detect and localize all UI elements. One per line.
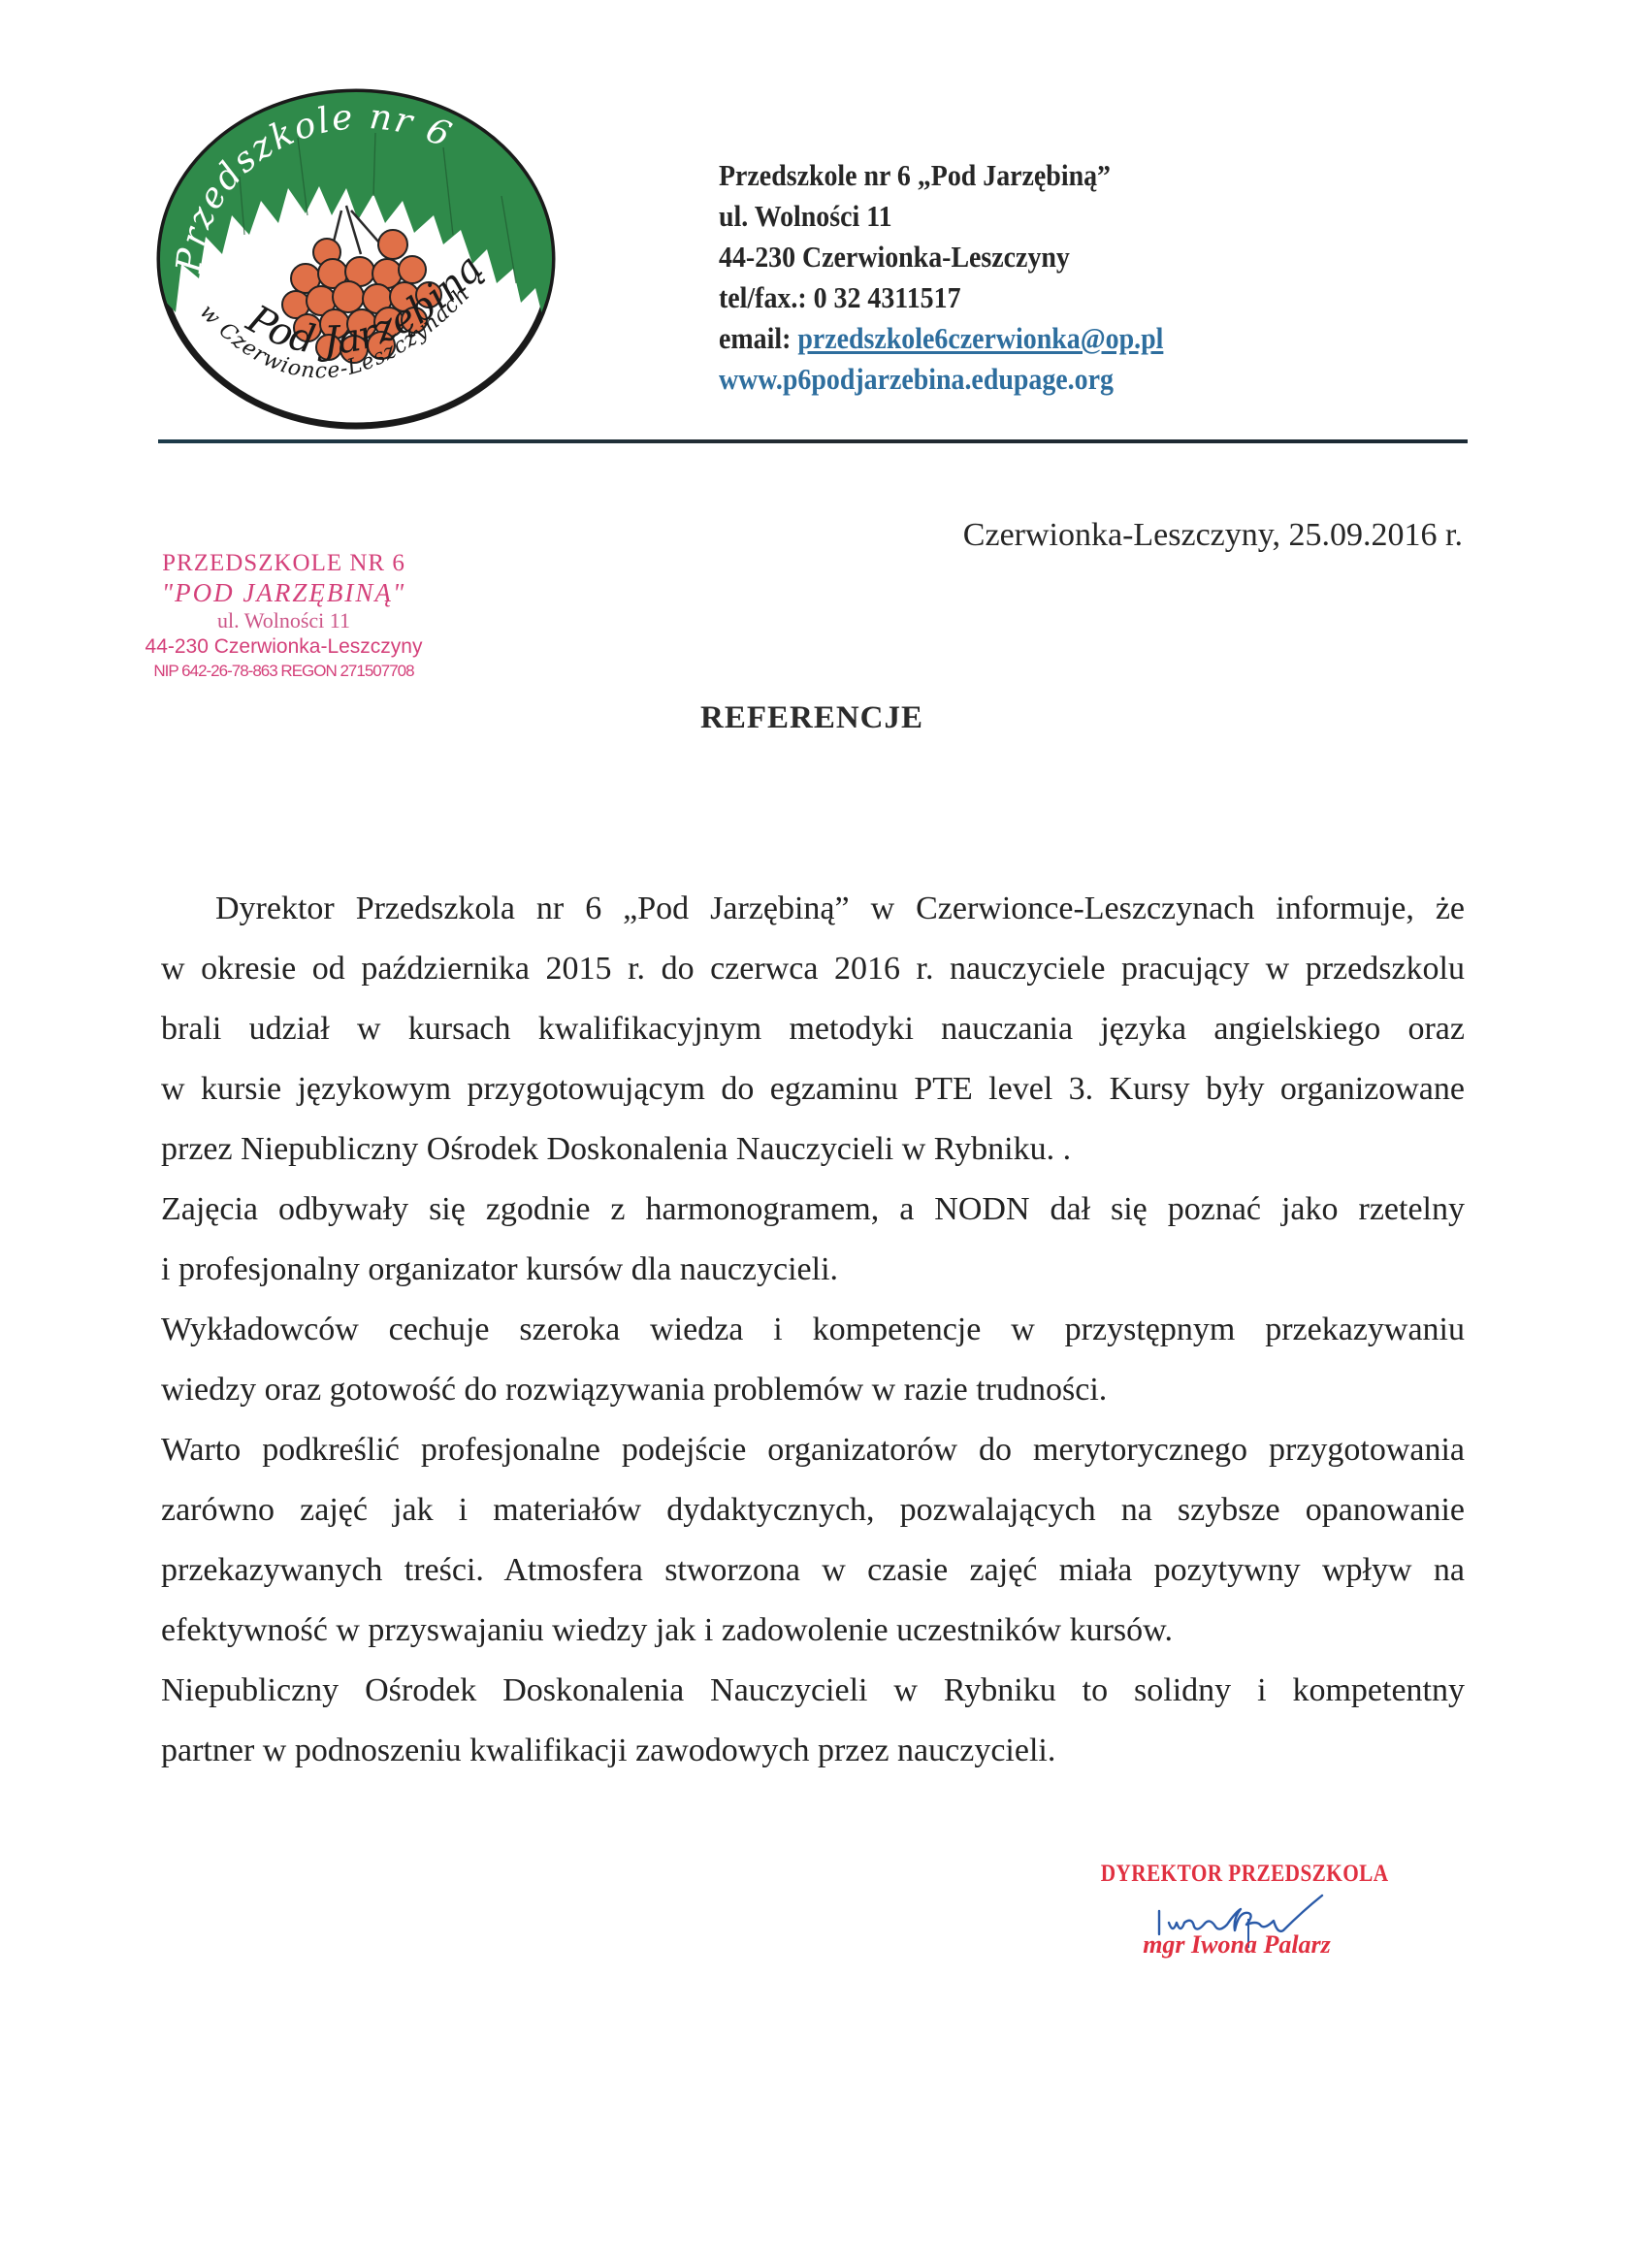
body-line: wiedzy oraz gotowość do rozwiązywania pr… — [161, 1360, 1465, 1420]
stamp-line-4: 44-230 Czerwionka-Leszczyny — [116, 634, 451, 660]
body-line: zarówno zajęć jak i materiałów dydaktycz… — [161, 1480, 1465, 1540]
contact-block: Przedszkole nr 6 „Pod Jarzębiną” ul. Wol… — [719, 155, 1417, 400]
school-name: Przedszkole nr 6 „Pod Jarzębiną” — [719, 155, 1417, 196]
city-address: 44-230 Czerwionka-Leszczyny — [719, 237, 1417, 277]
document-body: Dyrektor Przedszkola nr 6 „Pod Jarzębiną… — [161, 879, 1465, 1781]
body-line: Zajęcia odbywały się zgodnie z harmonogr… — [161, 1180, 1465, 1240]
email-line: email: przedszkole6czerwionka@op.pl — [719, 318, 1417, 359]
signature-title-stamp: DYREKTOR PRZEDSZKOLA — [1101, 1861, 1374, 1888]
email-link[interactable]: przedszkole6czerwionka@op.pl — [797, 321, 1163, 355]
body-line: w okresie od października 2015 r. do cze… — [161, 939, 1465, 999]
body-line: przez Niepubliczny Ośrodek Doskonalenia … — [161, 1119, 1465, 1180]
body-line: Warto podkreślić profesjonalne podejście… — [161, 1420, 1465, 1480]
email-label: email: — [719, 321, 797, 355]
signatory-name: mgr Iwona Palarz — [1077, 1930, 1397, 1960]
body-line: w kursie językowym przygotowującym do eg… — [161, 1059, 1465, 1119]
body-line: i profesjonalny organizator kursów dla n… — [161, 1240, 1465, 1300]
body-line: brali udział w kursach kwalifikacyjnym m… — [161, 999, 1465, 1059]
body-line: Niepubliczny Ośrodek Doskonalenia Nauczy… — [161, 1661, 1465, 1721]
document-date: Czerwionka-Leszczyny, 25.09.2016 r. — [963, 517, 1463, 554]
phone-fax: tel/fax.: 0 32 4311517 — [719, 277, 1417, 318]
document-title: REFERENCJE — [0, 700, 1624, 736]
header-divider — [158, 439, 1468, 443]
school-logo: Przedszkole nr 6 Pod Jarzębiną w Czerwio… — [152, 80, 560, 438]
stamp-line-2: "POD JARZĘBINĄ" — [116, 578, 451, 607]
stamp-line-1: PRZEDSZKOLE NR 6 — [116, 549, 451, 578]
signature-block: DYREKTOR PRZEDSZKOLA mgr Iwona Palarz — [1077, 1861, 1397, 1960]
website-link[interactable]: www.p6podjarzebina.edupage.org — [719, 359, 1417, 400]
stamp-line-5: NIP 642-26-78-863 REGON 271507708 — [116, 660, 451, 683]
body-line: efektywność w przyswajaniu wiedzy jak i … — [161, 1601, 1465, 1661]
stamp-line-3: ul. Wolności 11 — [116, 607, 451, 634]
body-line: Wykładowców cechuje szeroka wiedza i kom… — [161, 1300, 1465, 1360]
school-stamp: PRZEDSZKOLE NR 6 "POD JARZĘBINĄ" ul. Wol… — [116, 549, 451, 683]
body-line: przekazywanych treści. Atmosfera stworzo… — [161, 1540, 1465, 1601]
body-line: Dyrektor Przedszkola nr 6 „Pod Jarzębiną… — [161, 879, 1465, 939]
street-address: ul. Wolności 11 — [719, 196, 1417, 237]
body-line: partner w podnoszeniu kwalifikacji zawod… — [161, 1721, 1465, 1781]
